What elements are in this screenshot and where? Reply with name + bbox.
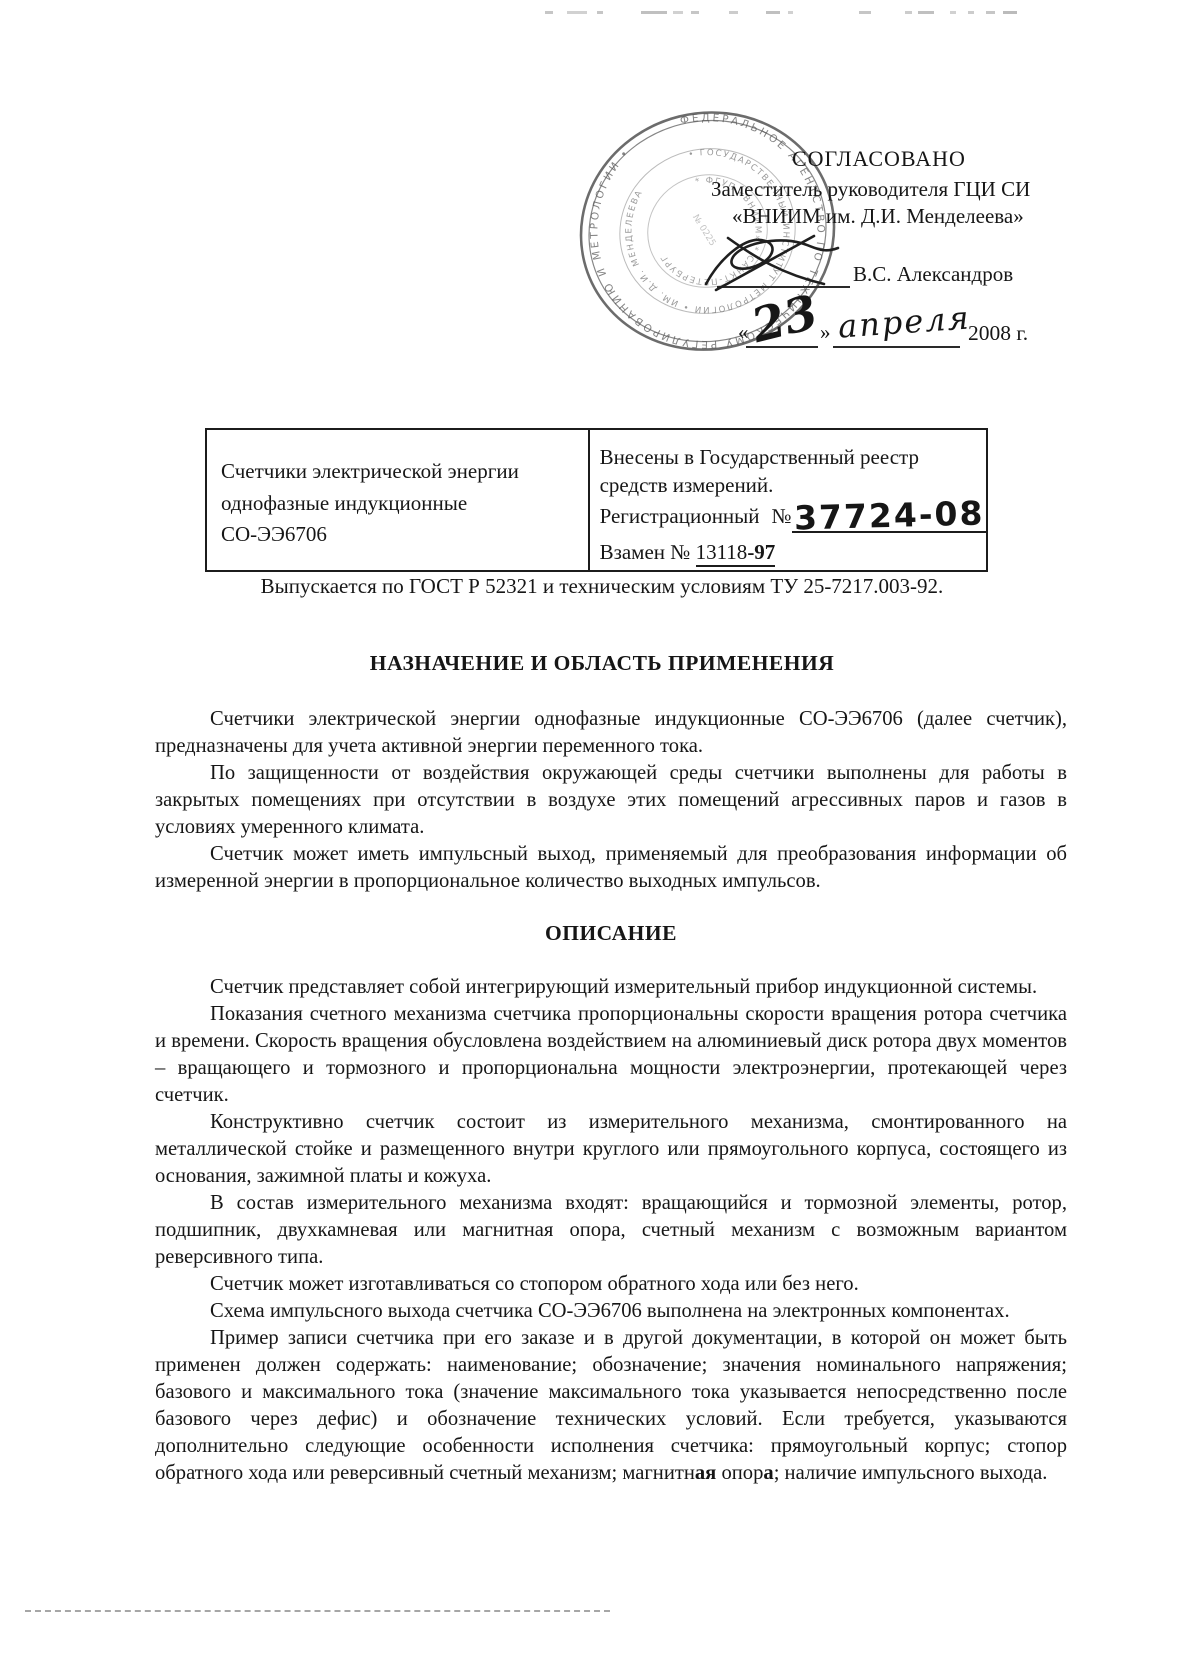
- final-paragraph-end: ; наличие импульсного выхода.: [774, 1462, 1048, 1484]
- final-paragraph-mid: опор: [716, 1462, 763, 1484]
- replaced-number-suffix: -97: [747, 540, 775, 564]
- final-paragraph-bold-1: ая: [695, 1462, 716, 1484]
- replaced-number: 13118: [696, 540, 748, 564]
- paragraph: Счетчик может иметь импульсный выход, пр…: [155, 841, 1067, 895]
- paragraph: Показания счетного механизма счетчика пр…: [155, 1001, 1067, 1109]
- paragraph: Счетчики электрической энергии однофазны…: [155, 706, 1067, 760]
- scan-artifact-bottom-line: [25, 1610, 610, 1612]
- signature-scribble: [698, 228, 848, 294]
- paragraph: Схема импульсного выхода счетчика СО-ЭЭ6…: [155, 1298, 1067, 1325]
- section-heading-description: ОПИСАНИЕ: [155, 920, 1067, 947]
- registration-table: Счетчики электрической энергии однофазны…: [205, 428, 988, 572]
- product-type-designation: СО-ЭЭ6706: [221, 519, 578, 551]
- replaces-label: Взамен №: [600, 540, 691, 564]
- product-name-line-1: Счетчики электрической энергии: [221, 456, 578, 488]
- approval-role-line: Заместитель руководителя ГЦИ СИ: [711, 177, 1030, 202]
- table-left-cell: Счетчики электрической энергии однофазны…: [207, 430, 590, 570]
- standard-compliance-line: Выпускается по ГОСТ Р 52321 и технически…: [0, 574, 1204, 599]
- date-close-quote: »: [820, 320, 831, 345]
- final-paragraph-bold-2: а: [763, 1462, 773, 1484]
- registry-line-1: Внесены в Государственный реестр: [600, 444, 986, 472]
- registration-number-line: Регистрационный№37724-08: [600, 501, 986, 533]
- paragraph: По защищенности от воздействия окружающе…: [155, 760, 1067, 841]
- approval-title: СОГЛАСОВАНО: [792, 146, 966, 172]
- section-heading-purpose: НАЗНАЧЕНИЕ И ОБЛАСТЬ ПРИМЕНЕНИЯ: [0, 651, 1204, 676]
- product-name-line-2: однофазные индукционные: [221, 488, 578, 520]
- approval-org-line: «ВНИИМ им. Д.И. Менделеева»: [732, 204, 1024, 229]
- table-right-cell: Внесены в Государственный реестр средств…: [590, 430, 986, 570]
- document-body: Счетчики электрической энергии однофазны…: [155, 706, 1067, 1487]
- date-month-underline: [833, 346, 960, 348]
- final-paragraph: Пример записи счетчика при его заказе и …: [155, 1325, 1067, 1487]
- scan-artifact-top: [545, 9, 1045, 15]
- numero-sign: №: [772, 503, 792, 531]
- final-paragraph-text: Пример записи счетчика при его заказе и …: [155, 1327, 1067, 1484]
- signer-name: В.С. Александров: [853, 262, 1013, 287]
- replaces-number-line: Взамен № 13118-97: [600, 539, 986, 567]
- paragraph: Конструктивно счетчик состоит из измерит…: [155, 1109, 1067, 1190]
- paragraph: Счетчик представляет собой интегрирующий…: [155, 974, 1067, 1001]
- date-year: 2008 г.: [968, 321, 1028, 346]
- date-open-quote: «: [738, 320, 749, 345]
- reg-number-label: Регистрационный: [600, 504, 760, 528]
- reg-number-handwritten: 37724-08: [793, 499, 984, 534]
- paragraph: В состав измерительного механизма входят…: [155, 1190, 1067, 1271]
- date-month-handwritten: апреля: [837, 298, 972, 345]
- paragraph: Счетчик может изготавливаться со стопоро…: [155, 1271, 1067, 1298]
- scanned-document-page: ФЕДЕРАЛЬНОЕ АГЕНТСТВО ПО ТЕХНИЧЕСКОМУ РЕ…: [0, 0, 1204, 1672]
